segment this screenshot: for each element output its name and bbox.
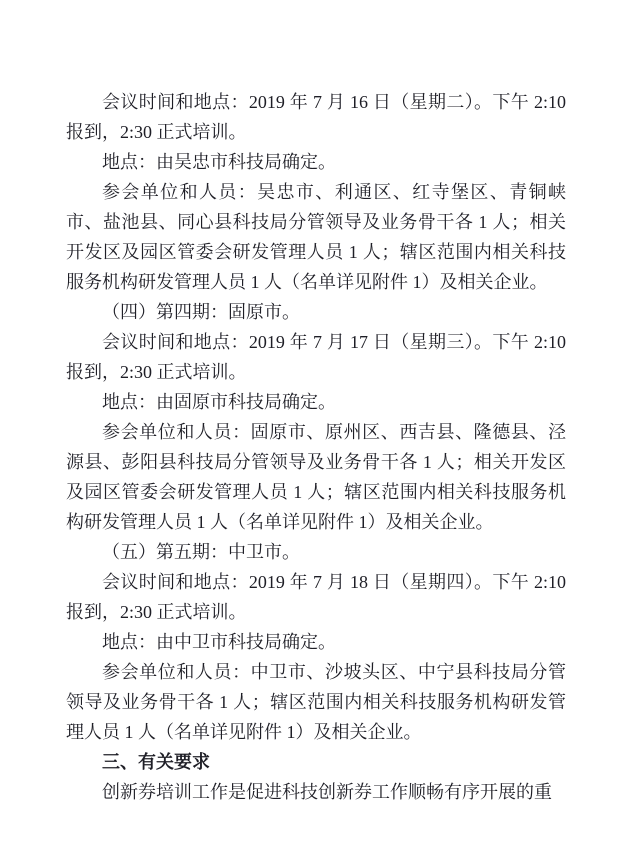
paragraph-session5-time: 会议时间和地点：2019 年 7 月 18 日（星期四）。下午 2:10 报到，…	[66, 567, 566, 627]
paragraph-session5-attendees: 参会单位和人员：中卫市、沙坡头区、中宁县科技局分管领导及业务骨干各 1 人；辖区…	[66, 657, 566, 747]
paragraph-session5-location: 地点：由中卫市科技局确定。	[66, 627, 566, 657]
paragraph-session3-time: 会议时间和地点：2019 年 7 月 16 日（星期二）。下午 2:10 报到，…	[66, 87, 566, 147]
paragraph-session3-location: 地点：由吴忠市科技局确定。	[66, 147, 566, 177]
paragraph-session5-title: （五）第五期：中卫市。	[66, 537, 566, 567]
section-heading-requirements: 三、有关要求	[66, 747, 566, 777]
paragraph-requirements-intro: 创新券培训工作是促进科技创新券工作顺畅有序开展的重	[66, 777, 566, 807]
paragraph-session3-attendees: 参会单位和人员：吴忠市、利通区、红寺堡区、青铜峡市、盐池县、同心县科技局分管领导…	[66, 177, 566, 297]
paragraph-session4-time: 会议时间和地点：2019 年 7 月 17 日（星期三）。下午 2:10 报到，…	[66, 327, 566, 387]
document-body: 会议时间和地点：2019 年 7 月 16 日（星期二）。下午 2:10 报到，…	[66, 87, 566, 807]
paragraph-session4-attendees: 参会单位和人员：固原市、原州区、西吉县、隆德县、泾源县、彭阳县科技局分管领导及业…	[66, 417, 566, 537]
paragraph-session4-title: （四）第四期：固原市。	[66, 297, 566, 327]
paragraph-session4-location: 地点：由固原市科技局确定。	[66, 387, 566, 417]
document-page: 会议时间和地点：2019 年 7 月 16 日（星期二）。下午 2:10 报到，…	[0, 0, 631, 864]
